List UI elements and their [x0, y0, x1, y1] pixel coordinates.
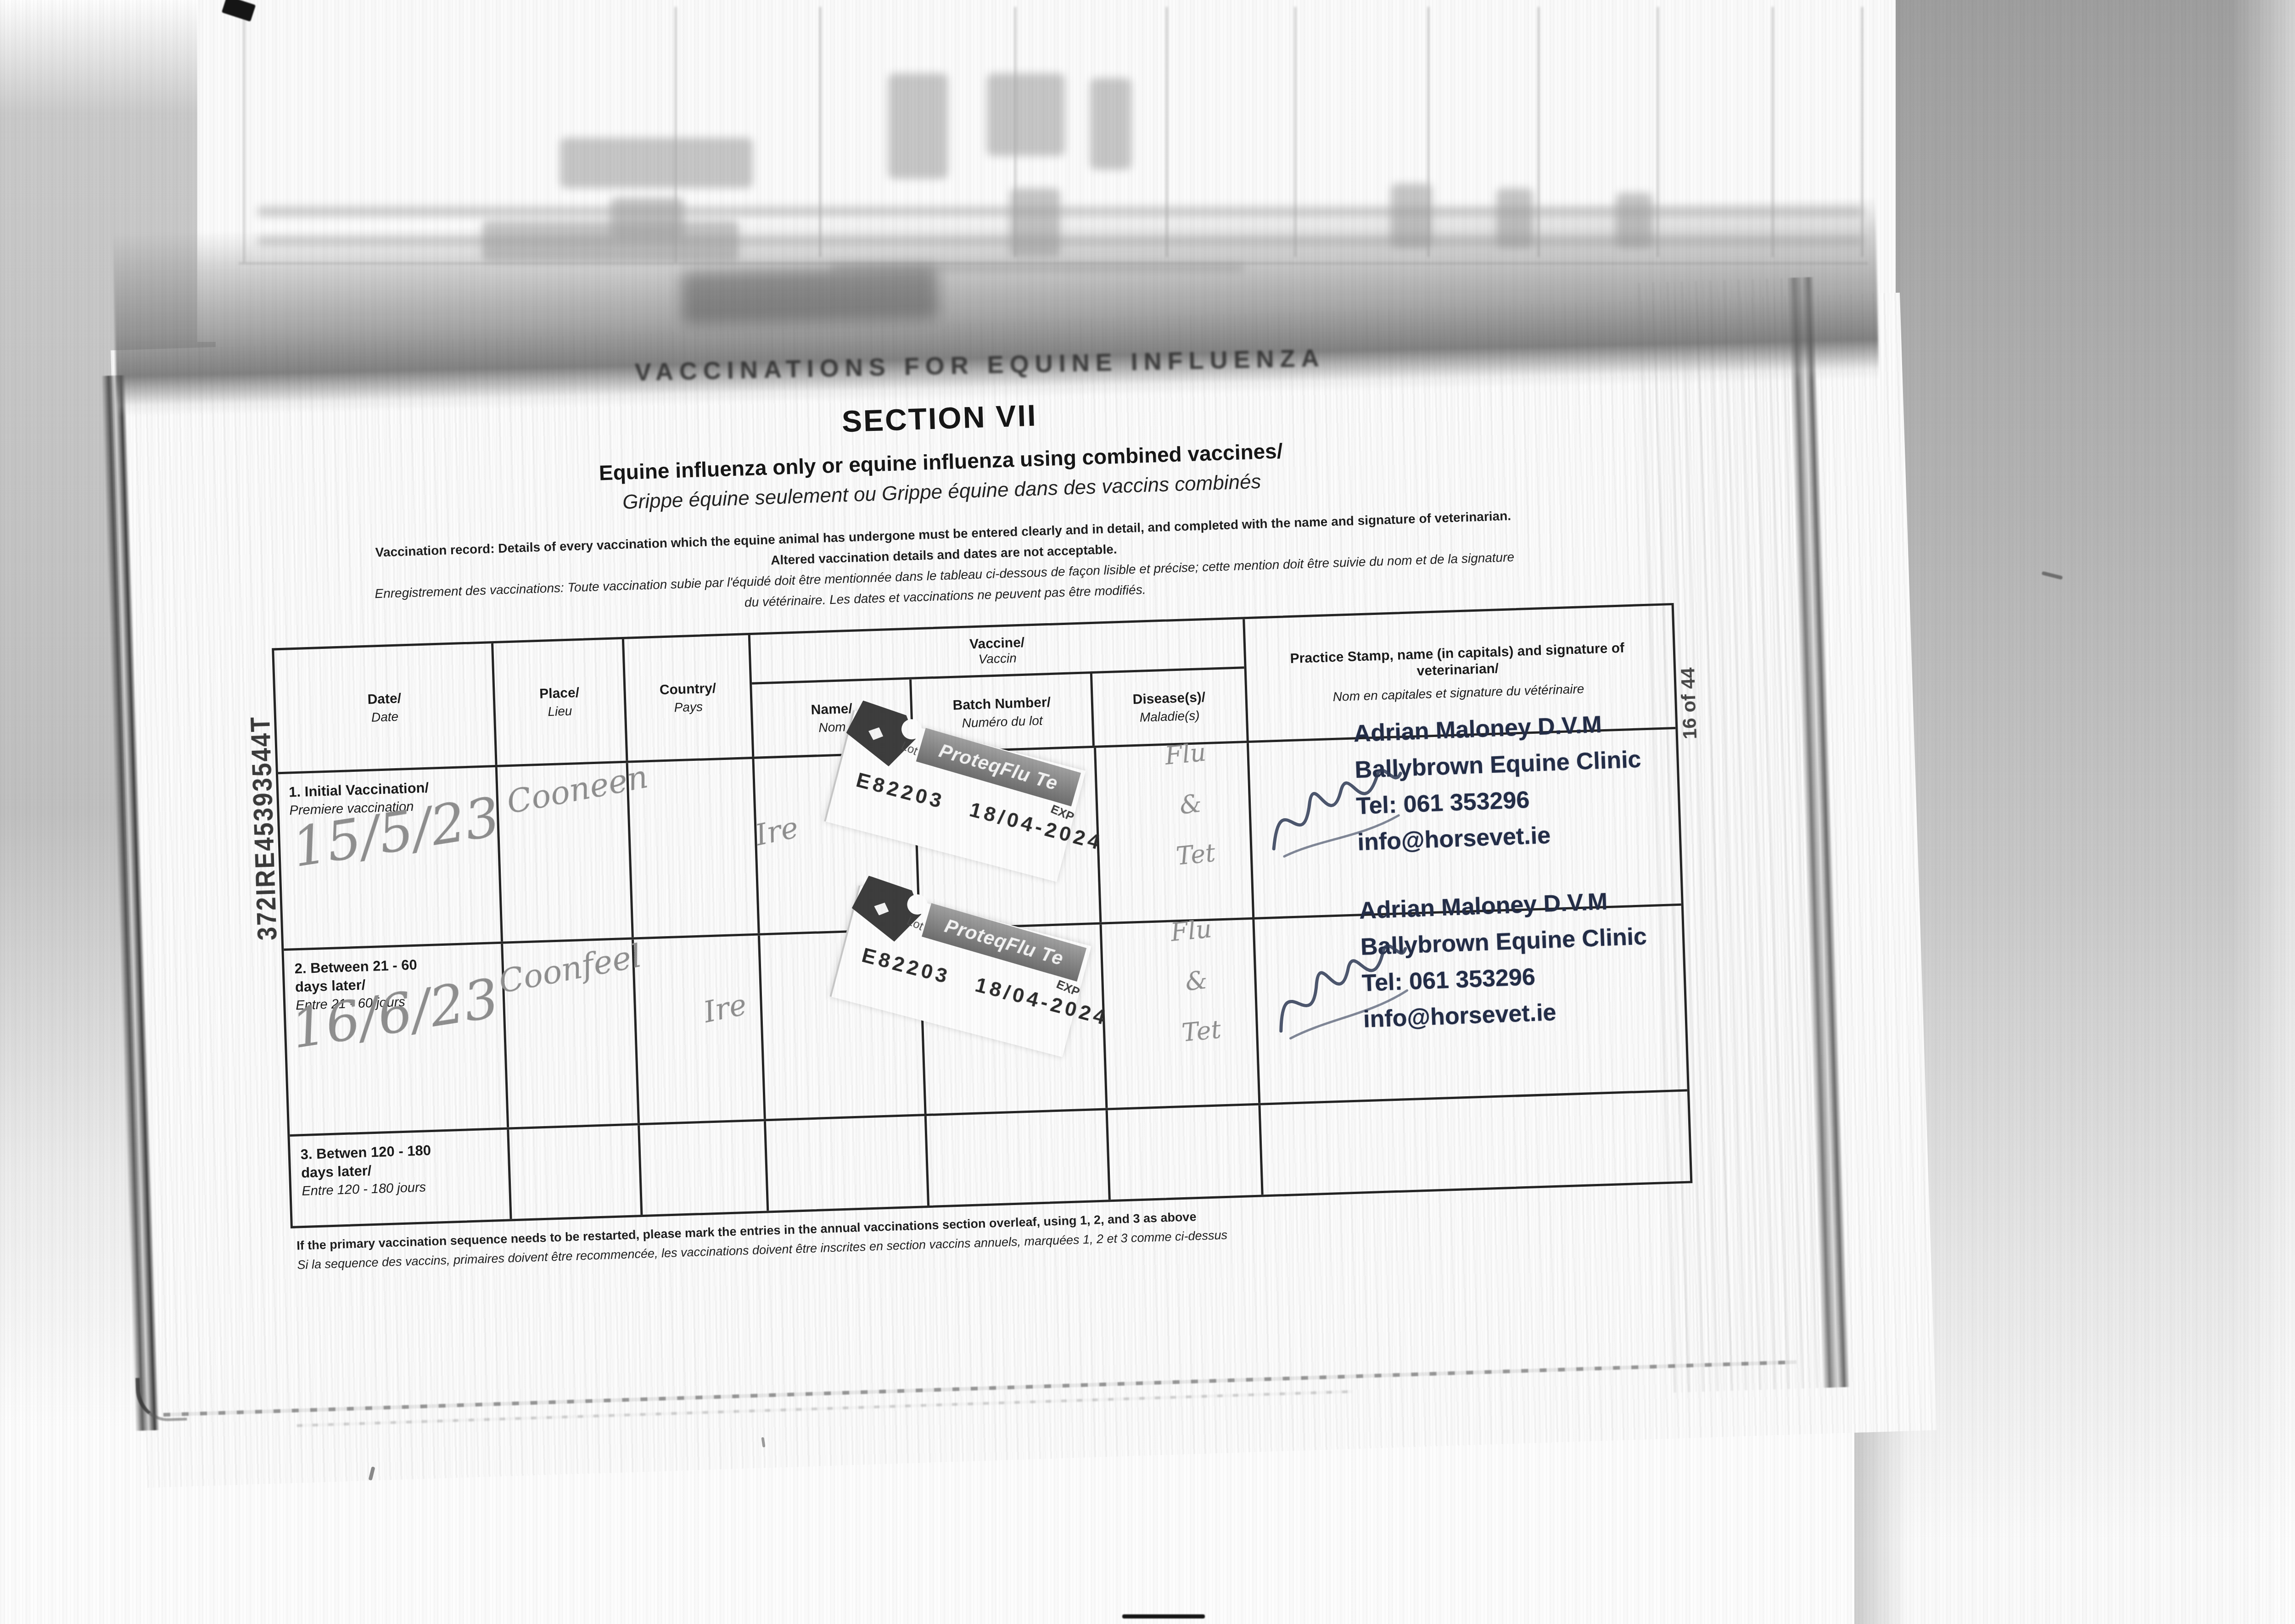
header-place-fr: Lieu: [548, 703, 572, 719]
showthrough-paragraph-line: [257, 206, 1864, 217]
disease-amp-row1: &: [1168, 777, 1214, 832]
header-date-en: Date/: [367, 691, 401, 707]
header-disease-fr: Maladie(s): [1139, 708, 1200, 725]
cell-batch-3: [927, 1110, 1111, 1205]
disease-amp-row2: &: [1173, 954, 1219, 1009]
header-name-en: Name/: [811, 701, 852, 718]
header-place: Place/ Lieu: [493, 639, 628, 765]
header-place-en: Place/: [539, 685, 580, 702]
header-country-fr: Pays: [674, 699, 703, 715]
sticker-batch-number: E82203: [860, 943, 953, 988]
showthrough-text-blob: [1010, 188, 1060, 257]
scanned-horse-passport-page: { "doc": { "fold_header": "VACCINATIONS …: [0, 0, 2295, 1624]
header-batch-en: Batch Number/: [952, 694, 1051, 713]
cell-stamp-3: [1260, 1092, 1685, 1195]
page-bottom-edge: [163, 1360, 1797, 1417]
header-country: Country/ Pays: [624, 635, 754, 761]
vet-signature-row1: [1252, 745, 1420, 882]
cell-vaccine-name-3: [766, 1116, 929, 1211]
sticker-batch-number: E82203: [854, 768, 947, 813]
disease-tet-row2: Tet: [1178, 1004, 1224, 1059]
header-date-fr: Date: [371, 709, 398, 725]
header-stamp-en: Practice Stamp, name (in capitals) and s…: [1259, 639, 1655, 685]
header-batch-fr: Numéro du lot: [962, 713, 1043, 731]
passport-page: SECTION VII Equine influenza only or equ…: [111, 293, 1937, 1488]
showthrough-paragraph-line: [257, 237, 1864, 245]
showthrough-text-blob: [987, 73, 1065, 156]
showthrough-text-blob: [1090, 78, 1131, 170]
header-country-en: Country/: [659, 681, 716, 698]
header-vaccine-en: Vaccine/: [969, 635, 1025, 652]
scan-artifact-dash: [1122, 1614, 1205, 1618]
disease-flu-row2: Flu: [1168, 904, 1214, 958]
cell-country-2: [634, 936, 766, 1123]
showthrough-text-blob: [560, 138, 753, 188]
cell-place-3: [509, 1125, 643, 1219]
page-bottom-edge-2: [297, 1390, 1352, 1427]
header-date: Date/ Date: [274, 643, 497, 772]
page-number: 16 of 44: [1677, 667, 1701, 740]
cell-country-3: [640, 1121, 769, 1215]
header-disease-en: Disease(s)/: [1132, 690, 1205, 708]
header-stamp-fr: Nom en capitales et signature du vétérin…: [1332, 681, 1584, 705]
disease-tet-row1: Tet: [1173, 827, 1219, 882]
header-name-fr: Nom: [818, 720, 846, 735]
showthrough-paragraph-line: [831, 264, 1244, 271]
cell-date-3: 3. Betwen 120 - 180 days later/ Entre 12…: [290, 1129, 512, 1226]
header-vaccine-fr: Vaccin: [978, 651, 1017, 667]
showthrough-text-blob: [888, 73, 948, 179]
cell-disease-3: [1108, 1105, 1264, 1200]
disease-flu-row1: Flu: [1163, 727, 1209, 781]
